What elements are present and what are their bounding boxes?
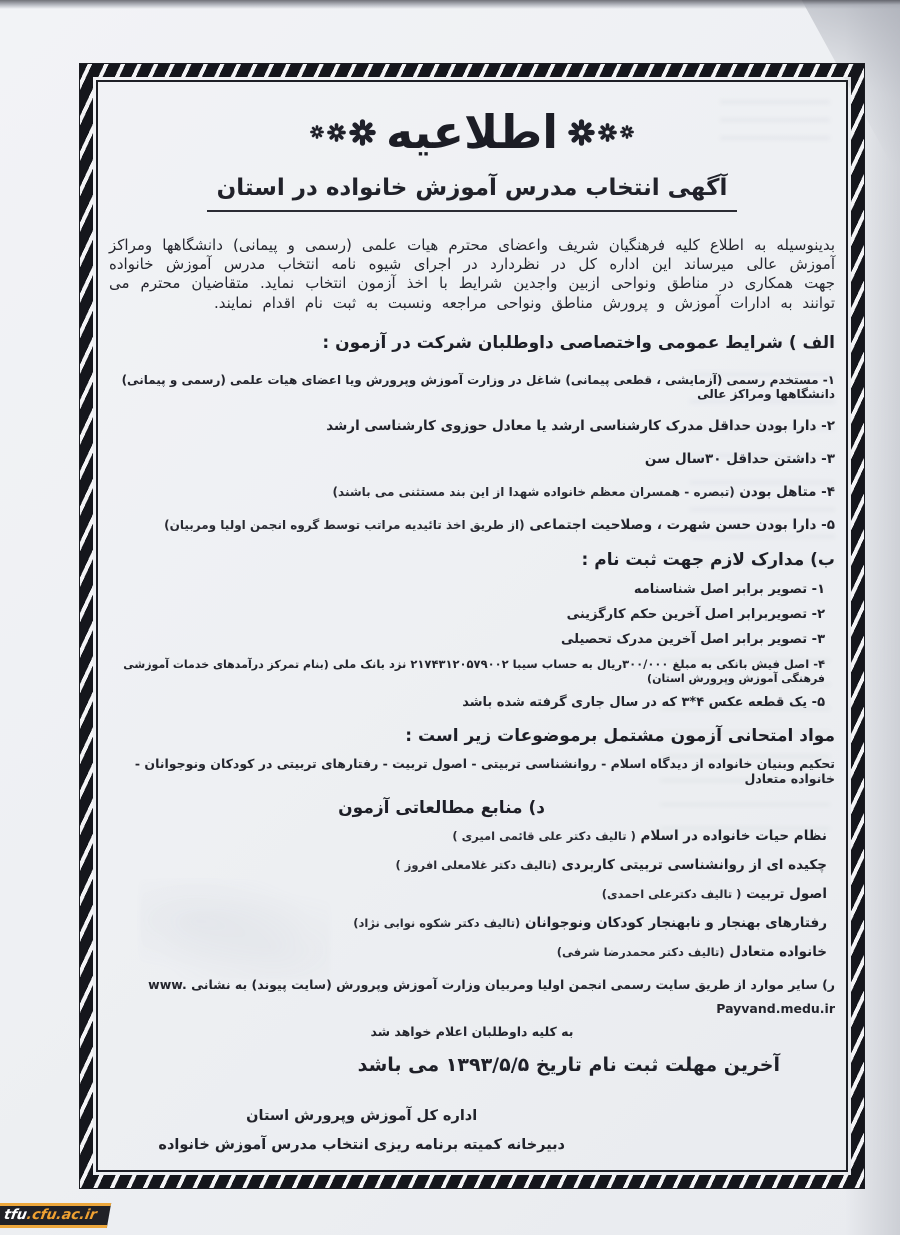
notice-subtitle: آگهی انتخاب مدرس آموزش خانواده در استان (207, 175, 738, 212)
title-ornament-left (568, 119, 634, 146)
flower-asterisk-icon (327, 123, 346, 142)
section-b-heading: ب) مدارک لازم جهت ثبت نام : (109, 550, 835, 570)
book-item: رفتارهای بهنجار و نابهنجار کودکان ونوجوا… (109, 915, 827, 931)
list-item: ۱- مستخدم رسمی (آزمایشی ، قطعی پیمانی) ش… (109, 373, 835, 401)
list-item: ۴- متاهل بودن (تبصره - همسران معظم خانوا… (109, 484, 835, 500)
exam-topics: تحکیم وبنیان خانواده از دیدگاه اسلام - ر… (109, 756, 835, 786)
flower-asterisk-icon (598, 123, 617, 142)
section-a-list: ۱- مستخدم رسمی (آزمایشی ، قطعی پیمانی) ش… (109, 373, 835, 533)
list-item: ۵- دارا بودن حسن شهرت ، وصلاحیت اجتماعی … (109, 517, 835, 533)
signature-line-2: دبیرخانه کمیته برنامه ریزی انتخاب مدرس آ… (158, 1131, 565, 1160)
flower-asterisk-icon (349, 119, 376, 146)
exam-materials-heading: مواد امتحانی آزمون مشتمل برموضوعات زیر ا… (109, 726, 835, 746)
notice-title: اطلاعیه (382, 109, 562, 155)
book-item: چکیده ای از روانشناسی تربیتی کاربردی (تا… (109, 857, 827, 873)
flower-asterisk-icon (568, 119, 595, 146)
book-item: خانواده متعادل (تالیف دکتر محمدرضا شرفی) (109, 944, 827, 960)
list-item: ۳- تصویر برابر اصل آخرین مدرک تحصیلی (109, 632, 825, 647)
book-item: نظام حیات خانواده در اسلام ( تالیف دکتر … (109, 828, 827, 844)
signature-block: اداره کل آموزش وپرورش استان دبیرخانه کمی… (158, 1102, 565, 1160)
list-item: ۱- تصویر برابر اصل شناسنامه (109, 582, 825, 597)
watermark-domain: .cfu.ac.ir (25, 1207, 98, 1223)
registration-deadline: آخرین مهلت ثبت نام تاریخ ۱۳۹۳/۵/۵ می باش… (109, 1054, 835, 1076)
notice-title-row: اطلاعیه (109, 109, 835, 155)
other-info-text-2: به کلیه داوطلبان اعلام خواهد شد (109, 1020, 835, 1044)
signature-line-1: اداره کل آموزش وپرورش استان (158, 1102, 565, 1131)
list-item: ۲- تصویربرابر اصل آخرین حکم کارگزینی (109, 607, 825, 622)
title-ornament-right (310, 119, 376, 146)
list-item: ۲- دارا بودن حداقل مدرک کارشناسی ارشد یا… (109, 418, 835, 434)
book-item: اصول تربیت ( تالیف دکترعلی احمدی) (109, 886, 827, 902)
scanner-edge (0, 0, 900, 9)
study-sources-heading: د) منابع مطالعاتی آزمون (338, 798, 545, 818)
notice-content: اطلاعیه آگهی انتخاب مدرس آموزش خانواده د… (93, 77, 851, 1175)
list-item: ۳- داشتن حداقل ۳۰سال سن (109, 451, 835, 467)
watermark-badge: tfu.cfu.ac.ir (0, 1203, 111, 1228)
section-a-heading: الف ) شرایط عمومی واختصاصی داوطلبان شرکت… (109, 333, 835, 353)
scanned-notice-sheet: اطلاعیه آگهی انتخاب مدرس آموزش خانواده د… (0, 0, 900, 1235)
section-b-list: ۱- تصویر برابر اصل شناسنامه ۲- تصویربراب… (109, 582, 835, 710)
list-item: ۴- اصل فیش بانکی به مبلغ ۳۰۰/۰۰۰ریال به … (109, 657, 825, 685)
intro-paragraph: بدینوسیله به اطلاع کلیه فرهنگیان شریف وا… (109, 236, 835, 313)
book-list: نظام حیات خانواده در اسلام ( تالیف دکتر … (109, 828, 835, 960)
watermark-prefix: tfu (3, 1207, 29, 1223)
flower-asterisk-icon (310, 125, 324, 139)
flower-asterisk-icon (620, 125, 634, 139)
other-info-text: ر) سایر موارد از طریق سایت رسمی انجمن او… (191, 977, 835, 992)
list-item: ۵- یک قطعه عکس ۴*۳ که در سال جاری گرفته … (109, 695, 825, 710)
decorative-rope-border: اطلاعیه آگهی انتخاب مدرس آموزش خانواده د… (80, 64, 864, 1188)
other-info: ر) سایر موارد از طریق سایت رسمی انجمن او… (109, 973, 835, 1044)
